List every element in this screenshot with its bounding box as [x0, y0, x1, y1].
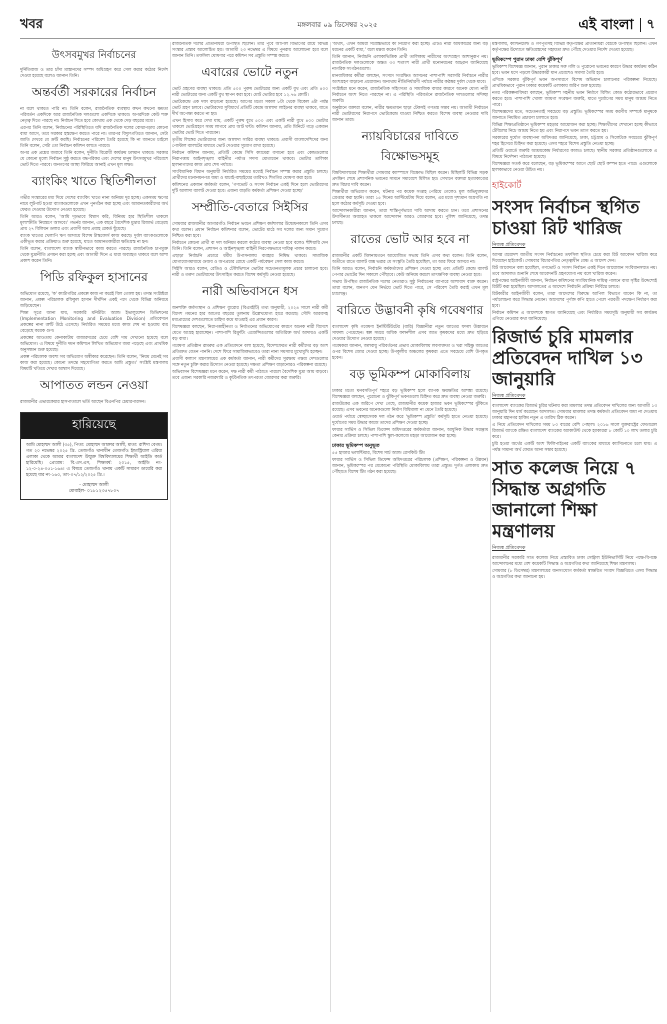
story-body: রাজনৈতিক দলের প্রতিনিধিরা উপস্থিত ছিলেন।…	[172, 42, 328, 60]
byline: নিজস্ব প্রতিবেদক	[492, 242, 657, 250]
paragraph: তিনি আরও বলেন, নির্বাচনি কর্মকর্তাদের প্…	[332, 267, 488, 279]
headline-cec-radio: সম্প্রীতি-বেতারে সিইসির	[172, 199, 328, 219]
column-4: মন্ত্রণালয়, ক্যান্টনমেন্ট ও গণপূর্তসহ ব…	[492, 42, 657, 1012]
paragraph: নগর পরিকল্পনাবিদরা বলছেন, ভূমিকম্প সহনীয…	[492, 91, 657, 109]
headline-writ-dismissed: সংসদ নির্বাচন স্থগিত চাওয়া রিট খারিজ	[492, 197, 657, 239]
paragraph: চুরি হওয়া অর্থের একটি অংশ ফিলিপাইনের এক…	[492, 442, 657, 454]
brand-divider	[640, 18, 641, 32]
sub-heading: ভূমিকম্পে পুরান ঢাকা বেশি ঝুঁকিপূর্ণ	[492, 57, 657, 65]
story-body: বাংলাদেশ কৃষি গবেষণা ইনস্টিটিউটের (বারি)…	[332, 325, 488, 362]
paragraph: রাজনৈতিক দলের প্রতিনিধিরা উপস্থিত ছিলেন।…	[172, 42, 328, 60]
paragraph: ফায়ার সার্ভিস ও সিভিল ডিফেন্স অধিদপ্তরে…	[332, 428, 488, 440]
paragraph: বিশেষজ্ঞরা সতর্ক করে বলেছেন, বড় ভূমিকম্…	[492, 162, 657, 174]
header-rule	[20, 38, 655, 39]
headline-banking-stability: ব্যাংকিং খাতে স্থিতিশীলতা	[20, 173, 168, 193]
paragraph: ভোটকেন্দ্রে এক দফা বাড়ানো হয়েছে। আগের …	[172, 100, 328, 118]
paragraph: রিটকারীর আইনজীবী বলেন, তারা আদেশের বিরুদ…	[492, 292, 657, 310]
paragraph: ভূমিকম্প বিশেষজ্ঞ জানান, পুরান ঢাকার সরু…	[492, 65, 657, 77]
masthead: খবর মঙ্গলবার ০৯ ডিসেম্বর ২০২৫ এই বাংলা ৭	[20, 14, 655, 36]
story-body: জনশক্তি কর্মসংস্থান ও প্রশিক্ষণ ব্যুরোর …	[172, 306, 328, 382]
paragraph: সোমবার রাজধানীর আগারগাঁও নির্বাচন ভবনে প…	[172, 222, 328, 240]
story-body: বিশ্ববিদ্যালয়ের শিক্ষার্থীরা সোমবার ক্য…	[332, 171, 488, 227]
headline-reserve-heist: রিজার্ভ চুরি মামলার প্রতিবেদন দাখিল ১৩ জ…	[492, 327, 657, 390]
brand-suffix: লা	[619, 17, 634, 33]
paragraph: বিশ্ববিদ্যালয়ের শিক্ষার্থীরা সোমবার ক্য…	[332, 171, 488, 189]
headline-bari-research: বারিতে উদ্ভাবনী কৃষি গবেষণার	[332, 302, 488, 322]
paragraph: শিক্ষার্থীরা অভিযোগ করেন, ঘটনার পর কয়েক…	[332, 190, 488, 208]
brand: এই বাংলা ৭	[578, 13, 655, 37]
paragraph: সরকারের দুর্যোগ ব্যবস্থাপনা অধিদপ্তর জান…	[492, 136, 657, 148]
paragraph: 'অর্থাৎ, এখন আমরা সর্বোচ্চভাবে কী নিয়োগ…	[332, 42, 488, 54]
paragraph: গবেষণা প্রতিষ্ঠান রামরুর এক প্রতিবেদনে ব…	[172, 344, 328, 356]
story-body: ভূমিকম্প বিশেষজ্ঞ জানান, পুরান ঢাকার সরু…	[492, 65, 657, 174]
paragraph: নির্বাচন কমিশন জানায়, প্রতিটি কেন্দ্রে …	[172, 151, 328, 169]
story-intro: দুর্নিতিবাজ ও তার চাঁদা মাস্তানদের সম্পদ…	[20, 68, 168, 80]
paragraph: তিনি আরও বলেন, 'আমি দৃঢ়ভাবে বিশ্বাস করি…	[20, 215, 168, 233]
headline-seven-colleges: সাত কলেজ নিয়ে ৭ সিদ্ধান্ত অগ্রগতি জানাল…	[492, 458, 657, 542]
paragraph: নির্বাচনে কোনো প্রার্থী বা দল অনিয়ম করল…	[172, 241, 328, 253]
column-divider	[330, 42, 331, 1012]
paragraph: না বলে থাকতে পারি না। তিনি বলেন, রাজনৈতি…	[20, 107, 168, 125]
story-body: সোমবার রাজধানীর আগারগাঁও নির্বাচন ভবনে প…	[172, 222, 328, 279]
paragraph: এখন হিসাব করে দেখা যায়, একটি পুরুষ বুথে…	[172, 119, 328, 137]
paragraph: জনশক্তি কর্মসংস্থান ও প্রশিক্ষণ ব্যুরোর …	[172, 306, 328, 324]
paragraph: প্রতিটি ওয়ার্ডে জরুরি আশ্রয়কেন্দ্র নির…	[492, 149, 657, 161]
paragraph: অনুষ্ঠানে বক্তারা বলেন, নারীর ক্ষমতায়ন …	[332, 106, 488, 124]
story-body: রাজধানীর সরকারি সাত কলেজ নিয়ে প্রস্তাবি…	[492, 556, 657, 581]
paragraph: সোমবার (৮ ডিসেম্বর) মন্ত্রণালয়ের জনসংযো…	[492, 569, 657, 581]
story-body: অভিযোগ রয়েছে, 'ক' ক্যাটাগরির প্রকল্পে ক…	[20, 292, 168, 373]
paragraph: ব্যাংক খাতের খেলাপি ঋণ আদায়ে বিশেষ টাস্…	[20, 234, 168, 246]
story-body: আসন্ন ত্রয়োদশ জাতীয় সংসদ নির্বাচনের তফ…	[492, 253, 657, 323]
paragraph: ৫৫ হাজার ভলান্টিয়ার, বিশেষ সার্চ অ্যান্…	[332, 451, 488, 457]
paragraph: নির্বাচন কমিশন এ আদেশকে স্বাগত জানিয়েছে…	[492, 311, 657, 323]
story-body: গভীর সংস্কারের মধ্য দিয়ে দেশের ব্যাংকিং…	[20, 196, 168, 265]
story-body: মন্ত্রণালয়, ক্যান্টনমেন্ট ও গণপূর্তসহ ব…	[492, 42, 657, 54]
issue-date: মঙ্গলবার ০৯ ডিসেম্বর ২০২৫	[297, 19, 377, 31]
paragraph: কমিশনের একজন কর্মকর্তা বলেন, 'গণভোট ও সং…	[172, 183, 328, 195]
paragraph: প্রকল্প পরিচালক অবশ্য সব অভিযোগ অস্বীকার…	[20, 355, 168, 373]
paragraph: গবেষকরা জানান, জলবায়ু পরিবর্তনের প্রভাব…	[332, 344, 488, 362]
story-body: রাজধানীর এভারকেয়ার হাসপাতালে ভর্তি আছেন…	[20, 400, 168, 406]
paragraph: এ নিয়ে প্রতিবেদন দাখিলের সময় ৮০ বারের …	[492, 423, 657, 441]
paragraph: এরপর তিনি বলেন, নির্বাচনের পরিস্থিতিতে য…	[20, 126, 168, 150]
brand-prefix: এই বা	[578, 17, 619, 33]
paragraph: রিট আবেদনে বলা হয়েছিল, গণভোট ও সংসদ নির…	[492, 266, 657, 278]
notice-title: হারিয়েছে	[21, 413, 167, 439]
paragraph: গভীর সংস্কারের মধ্য দিয়ে দেশের ব্যাংকিং…	[20, 196, 168, 214]
paragraph: আন্দোলনকারীরা জানান, তারা শান্তিপূর্ণভাব…	[332, 209, 488, 227]
paragraph: আসন্ন ত্রয়োদশ জাতীয় সংসদ নির্বাচনের তফ…	[492, 253, 657, 265]
story-body: 'অর্থাৎ, এখন আমরা সর্বোচ্চভাবে কী নিয়োগ…	[332, 42, 488, 124]
headline-new-in-vote: এবারের ভোটে নতুন	[172, 64, 328, 84]
column-divider	[490, 42, 491, 1012]
paragraph: এছাড়া নির্বাচনি প্রচারে ধর্মীয় উপাসনাল…	[172, 254, 328, 266]
paragraph: সিইসি আরও বলেন, রেডিও ও টেলিভিশনে ভোটার …	[172, 267, 328, 279]
paragraph: বিশেষজ্ঞদের মতে, সচেতনতাই সবচেয়ে বড় প্…	[492, 110, 657, 122]
paragraph: অভিযোগ রয়েছে, 'ক' ক্যাটাগরির প্রকল্পে ক…	[20, 292, 168, 310]
paragraph: অপর এক প্রশ্নের জবাবে তিনি বলেন, দুর্নীত…	[20, 151, 168, 169]
paragraph: তিনি বলেন, বাংলাদেশ ব্যাংক স্বাধীনভাবে ক…	[20, 247, 168, 265]
paragraph: বিশেষজ্ঞরা বলছেন, নিরাপত্তাহীনতা ও নির্য…	[172, 325, 328, 343]
paragraph: প্রকল্পের আওতায় কেনাকাটায় বাজারদরের চে…	[20, 336, 168, 354]
column-divider	[170, 42, 171, 1012]
byline: নিজস্ব প্রতিবেদক	[492, 545, 657, 553]
story-body: ভোট গ্রহণের ব্যবস্থা থাকবে। প্রতি ৫০০ পু…	[172, 87, 328, 195]
kicker-high-court: হাইকোর্ট	[492, 178, 657, 193]
story-body: না বলে থাকতে পারি না। তিনি বলেন, রাজনৈতি…	[20, 107, 168, 169]
paragraph: বিভিন্ন শিক্ষাপ্রতিষ্ঠানে ভূমিকম্প মহড়া…	[492, 123, 657, 135]
paragraph: শিক্ষা সূত্রে জানা যায়, সরকারি মনিটরিং …	[20, 311, 168, 335]
headline-london: আপাতত লন্ডন নেওয়া	[20, 377, 168, 397]
headline-earthquake: বড় ভূমিকম্প মোকাবিলায়	[332, 366, 488, 386]
headline-pd-rafiqul: পিডি রফিকুল হাসানের	[20, 269, 168, 289]
story-body: ৫৫ হাজার ভলান্টিয়ার, বিশেষ সার্চ অ্যান্…	[332, 451, 488, 476]
headline-women-migration: নারী অভিবাসনে ধস	[172, 283, 328, 303]
paragraph: রাজধানীর সরকারি সাত কলেজ নিয়ে প্রস্তাবি…	[492, 556, 657, 568]
paragraph: রাজধানীর একটি মিলনায়তনে আয়োজিত সভায় ত…	[332, 254, 488, 266]
story-body: বাংলাদেশ ব্যাংকের রিজার্ভ চুরির ঘটনায় ক…	[492, 404, 657, 454]
paragraph: বাংলাদেশ কৃষি গবেষণা ইনস্টিটিউটের (বারি)…	[332, 325, 488, 343]
headline-interim-govt-election: অন্তর্বর্তী সরকারের নির্বাচন	[20, 84, 168, 104]
paragraph: রাষ্ট্রপক্ষের আইনজীবী জানান, নির্বাচন কম…	[492, 279, 657, 291]
column-1: উৎসবমুখর নির্বাচনের দুর্নিতিবাজ ও তার চা…	[20, 42, 168, 1012]
paragraph: সভায় উপস্থিত রাজনৈতিক দলের নেতারাও সুষ্…	[332, 280, 488, 298]
paragraph: ওয়ার্ড পর্যায়ে স্বেচ্ছাসেবক দল গঠন করে…	[332, 415, 488, 427]
sub-heading: ঢাকার ভূমিকম্প অনুভূত	[332, 443, 488, 451]
column-3: 'অর্থাৎ, এখন আমরা সর্বোচ্চভাবে কী নিয়োগ…	[332, 42, 488, 1012]
paragraph: প্রবাসী কল্যাণ মন্ত্রণালয়ের এক কর্মকর্ত…	[172, 357, 328, 369]
paragraph: মন্ত্রণালয়, ক্যান্টনমেন্ট ও গণপূর্তসহ ব…	[492, 42, 657, 54]
story-body: রাজধানীর একটি মিলনায়তনে আয়োজিত সভায় ত…	[332, 254, 488, 298]
paragraph: বাংলাদেশ ব্যাংকের রিজার্ভ চুরির ঘটনায় ক…	[492, 404, 657, 422]
paragraph: অভিবাসন বিশেষজ্ঞরা মনে করেন, দক্ষ নারী ক…	[172, 370, 328, 382]
paragraph: ঢাকার মতো ঘনবসতিপূর্ণ শহরে বড় ভূমিকম্প …	[332, 389, 488, 401]
paragraph: রাজউকের এক জরিপে দেখা গেছে, রাজধানীর কয়…	[332, 402, 488, 414]
notice-phone: মোবাইল- ০১৮১২৩৫৭৮০৭	[21, 489, 167, 495]
paragraph: সংশ্লিষ্টরা মনে করেন, রাজনৈতিক সহিংসতা ও…	[332, 87, 488, 105]
paragraph: মানবাধিকার কর্মীরা বলছেন, সংসদে সংরক্ষিত…	[332, 74, 488, 86]
byline: নিজস্ব প্রতিবেদক	[492, 393, 657, 401]
lost-notice: হারিয়েছে আমি মোহাম্মদ আলী (৩৫), পিতা: ম…	[20, 412, 168, 500]
paragraph: সাংবিধানিক বিধান অনুযায়ী নির্ধারিত সময়…	[172, 170, 328, 182]
paragraph: তৃতীয় লিঙ্গের ভোটারদের জন্য আলাদা সারির…	[172, 138, 328, 150]
paragraph: ফায়ার সার্ভিস ও সিভিল ডিফেন্স অধিদপ্তরে…	[332, 458, 488, 476]
headline-festive-election: উৎসবমুখর নির্বাচনের	[20, 48, 168, 65]
paragraph: ভোট গ্রহণের ব্যবস্থা থাকবে। প্রতি ৫০০ পু…	[172, 87, 328, 99]
headline-justice-protest: ন্যায়বিচারের দাবিতে বিক্ষোভসমূহ	[332, 128, 488, 168]
column-2: রাজনৈতিক দলের প্রতিনিধিরা উপস্থিত ছিলেন।…	[172, 42, 328, 1012]
brand-logo: এই বাংলা	[578, 13, 633, 37]
notice-body: আমি মোহাম্মদ আলী (৩৫), পিতা: মোহাম্মদ আক…	[21, 439, 167, 483]
paragraph: এদিকে সরকার ঝুঁকিপূর্ণ ভবন অপসারণে বিশেষ…	[492, 78, 657, 90]
page-number: ৭	[647, 15, 655, 36]
headline-night-vote: রাতের ভোট আর হবে না	[332, 231, 488, 251]
story-body: ঢাকার মতো ঘনবসতিপূর্ণ শহরে বড় ভূমিকম্প …	[332, 389, 488, 440]
paragraph: তিনি জানান, নির্বাচনি এলাকাভিত্তিক প্রার…	[332, 55, 488, 73]
section-label: খবর	[20, 15, 43, 36]
